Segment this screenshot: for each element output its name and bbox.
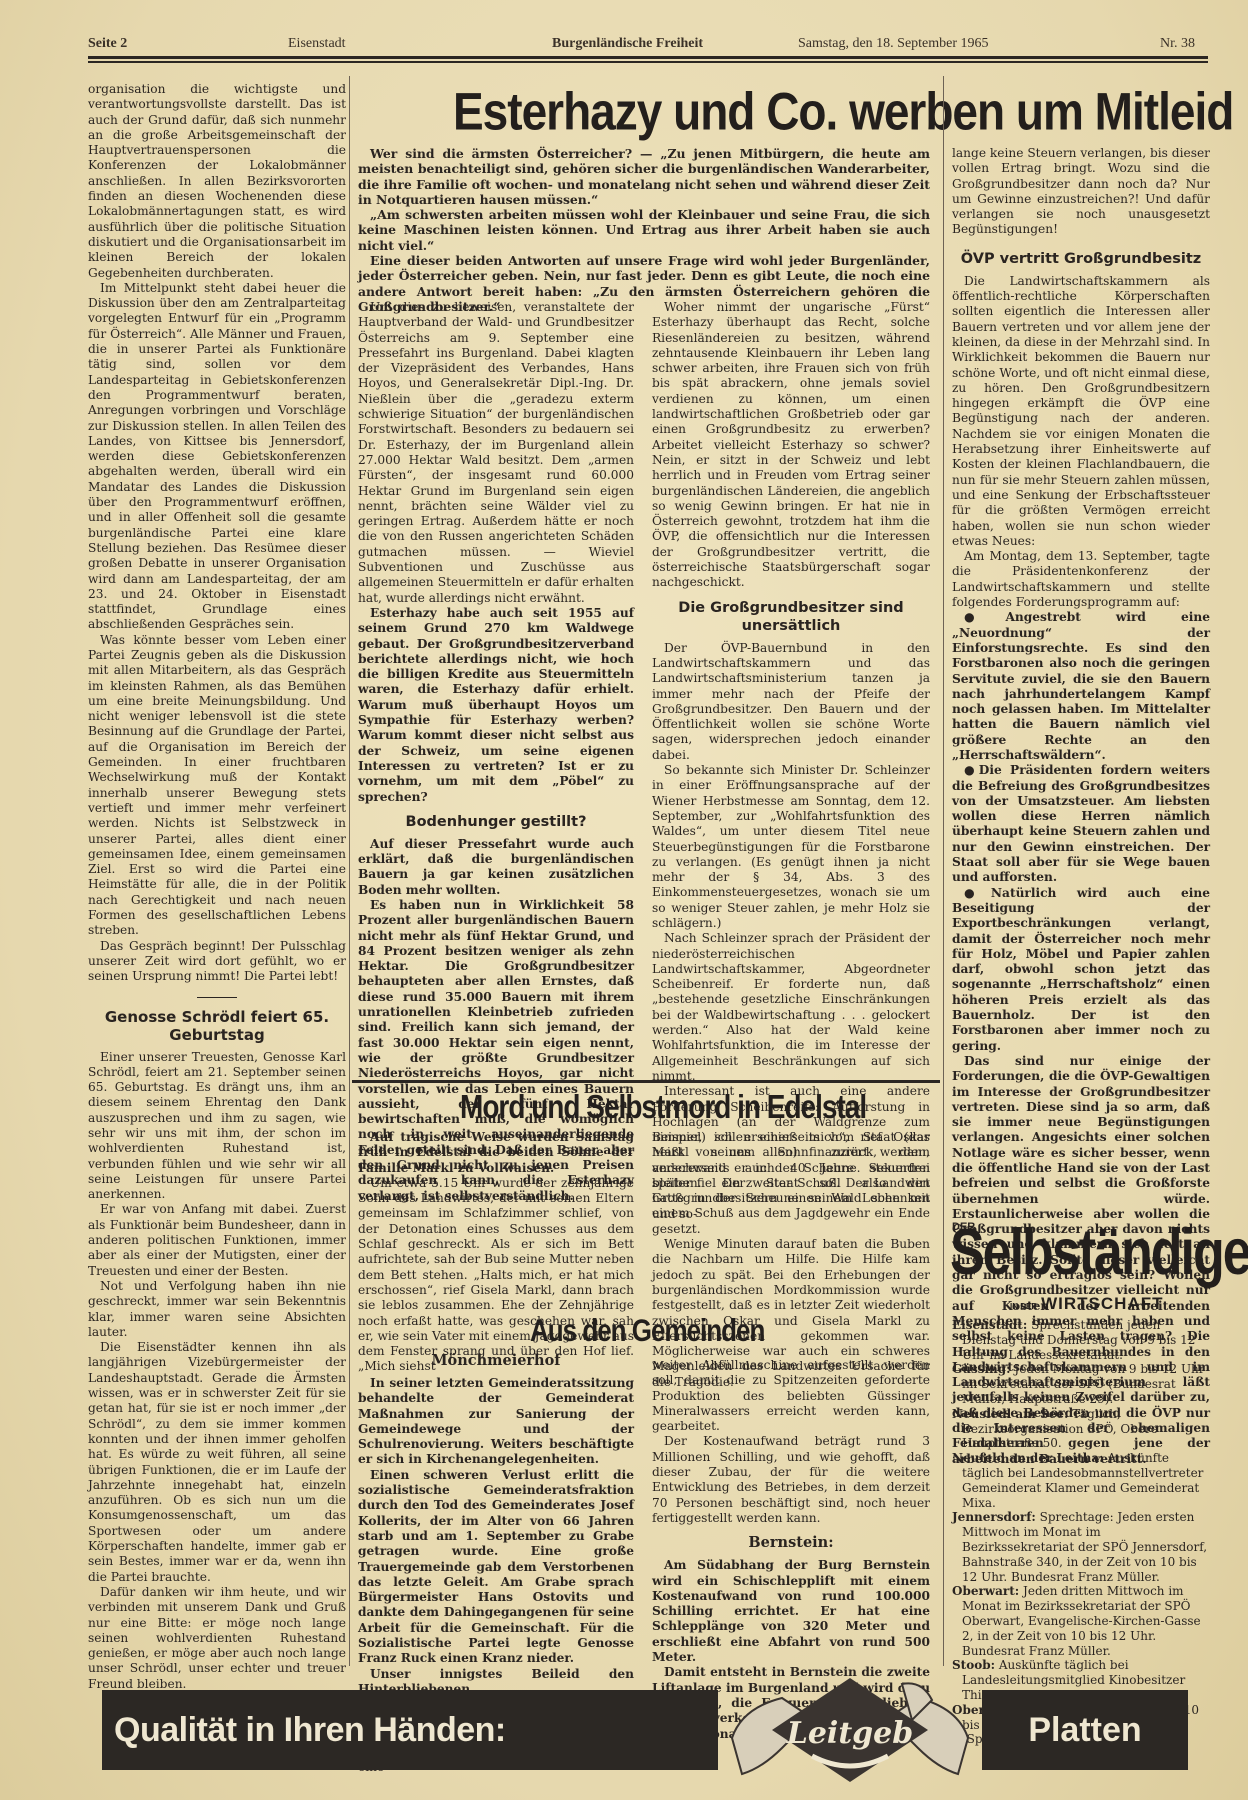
article-paragraph: lange keine Steuern verlangen, bis diese… xyxy=(952,146,1210,238)
office-place: Jennersdorf: xyxy=(952,1510,1036,1524)
moenchmeierhof-subhead: Mönchmeierhof xyxy=(358,1352,634,1370)
demand-bullet: Angestrebt wird eine „Neuordnung“ der Ei… xyxy=(952,610,1210,763)
bernstein-subhead: Bernstein: xyxy=(652,1534,930,1552)
brand-name: Leitgeb xyxy=(722,1716,978,1751)
logo-subtitle-main: WIRTSCHAFT xyxy=(1041,1294,1163,1313)
article-paragraph: Esterhazy habe auch seit 1955 auf seinem… xyxy=(358,606,634,805)
place: Eisenstadt xyxy=(288,36,346,52)
lead-paragraph: Wer sind die ärmsten Österreicher? — „Zu… xyxy=(358,146,930,207)
article-paragraph: Am Südabhang der Burg Bernstein wird ein… xyxy=(652,1558,930,1665)
schroedl-paragraph: Er war von Anfang mit dabei. Zuerst als … xyxy=(88,1202,346,1278)
article-paragraph: Der ÖVP-Bauernbund in den Landwirtschaft… xyxy=(652,641,930,763)
selbstaendige-list: Eisenstadt: Sprechstunden jeden Dienstag… xyxy=(952,1318,1210,1747)
article-paragraph: weiter Abfüllmaschine aufgestellt werden… xyxy=(652,1358,930,1434)
office-entry: Güssing: Jeden Montag von 9 bis 12 Uhr i… xyxy=(952,1362,1210,1406)
leitgeb-logo: Leitgeb xyxy=(722,1678,978,1782)
office-entry: Neufeld an der Leitha: Auskünfte täglich… xyxy=(952,1451,1210,1510)
office-place: Neufeld an der Leitha: xyxy=(952,1451,1104,1465)
office-entry: Jennersdorf: Sprechtage: Jeden ersten Mi… xyxy=(952,1510,1210,1584)
page-header: Seite 2 Eisenstadt Burgenländische Freih… xyxy=(88,36,1208,58)
mord-headline: Mord und Selbstmord in Edelstal xyxy=(460,1088,866,1126)
esterhazy-column-1: Um dies zu beweisen, veranstaltete der H… xyxy=(358,300,634,1204)
left-paragraph: organisation die wichtigste und verantwo… xyxy=(88,82,346,281)
separator xyxy=(197,997,237,998)
esterhazy-headline: Esterhazy und Co. werben um Mitleid xyxy=(453,80,1233,142)
article-paragraph: nimmer, ich erschieß mich“, rief Oskar M… xyxy=(652,1130,930,1237)
unsaettlich-subhead: Die Großgrundbesitzer sind unersättlich xyxy=(652,599,930,635)
office-place: Oberwart: xyxy=(952,1584,1019,1598)
article-paragraph: Die Landwirtschaftskammern als öffentlic… xyxy=(952,274,1210,549)
section-rule xyxy=(352,1080,940,1083)
article-paragraph: Um dies zu beweisen, veranstaltete der H… xyxy=(358,300,634,606)
article-paragraph: Woher nimmt der ungarische „Fürst“ Ester… xyxy=(652,300,930,591)
issue-date: Samstag, den 18. September 1965 xyxy=(798,36,989,52)
article-paragraph: Einen schweren Verlust erlitt die sozial… xyxy=(358,1468,634,1667)
logo-title: Selbständige xyxy=(950,1215,1248,1290)
column-divider xyxy=(349,76,350,1666)
mord-column-2: nimmer, ich erschieß mich“, rief Oskar M… xyxy=(652,1130,930,1390)
selbstaendige-logo: DER Selbständige IN DERWIRTSCHAFT xyxy=(950,1215,1248,1315)
lead-paragraph: „Am schwersten arbeiten müssen wohl der … xyxy=(358,207,930,253)
office-entry: Neusiedl am See: Täglich, Bezirksorganis… xyxy=(952,1407,1210,1451)
office-place: Güssing: xyxy=(952,1362,1011,1376)
demand-bullet: Die Präsidenten fordern weiters die Befr… xyxy=(952,763,1210,885)
header-rule-2 xyxy=(88,61,1208,63)
newspaper-page: Seite 2 Eisenstadt Burgenländische Freih… xyxy=(0,0,1248,1800)
bodenhunger-subhead: Bodenhunger gestillt? xyxy=(358,813,634,831)
ad-product: Platten xyxy=(982,1690,1188,1770)
logo-subtitle: IN DERWIRTSCHAFT xyxy=(1010,1294,1164,1314)
oevp-subhead: ÖVP vertritt Großgrundbesitz xyxy=(952,250,1210,268)
logo-subtitle-small: IN DER xyxy=(1010,1302,1037,1311)
left-paragraph: Im Mittelpunkt steht dabei heuer die Dis… xyxy=(88,281,346,633)
header-rule xyxy=(88,56,1208,59)
left-paragraph: Das Gespräch beginnt! Der Pulsschlag uns… xyxy=(88,939,346,985)
issue-number: Nr. 38 xyxy=(1160,36,1195,52)
leitgeb-advertisement: Qualität in Ihren Händen: Leitgeb Platte… xyxy=(102,1690,1182,1770)
article-paragraph: Auf dieser Pressefahrt wurde auch erklär… xyxy=(358,837,634,898)
article-paragraph: So bekannte sich Minister Dr. Schleinzer… xyxy=(652,763,930,931)
gemeinden-headline: Aus den Gemeinden xyxy=(530,1312,764,1349)
office-entry: Eisenstadt: Sprechstunden jeden Dienstag… xyxy=(952,1318,1210,1362)
office-place: Eisenstadt: xyxy=(952,1318,1027,1332)
schroedl-headline: Genosse Schrödl feiert 65. Geburtstag xyxy=(88,1008,346,1044)
esterhazy-column-2: Woher nimmt der ungarische „Fürst“ Ester… xyxy=(652,300,930,1222)
ad-slogan: Qualität in Ihren Händen: xyxy=(102,1690,718,1770)
office-place: Neusiedl am See: xyxy=(952,1407,1068,1421)
column-divider xyxy=(943,76,944,1666)
newspaper-name: Burgenländische Freiheit xyxy=(552,36,703,52)
article-paragraph: Nach Schleinzer sprach der Präsident der… xyxy=(652,931,930,1084)
article-paragraph: In seiner letzten Gemeinderatssitzung be… xyxy=(358,1376,634,1468)
office-entry: Oberwart: Jeden dritten Mittwoch im Mona… xyxy=(952,1584,1210,1658)
left-paragraph: Was könnte besser vom Leben einer Partei… xyxy=(88,633,346,939)
article-paragraph: Der Kostenaufwand beträgt rund 3 Million… xyxy=(652,1434,930,1526)
article-paragraph: Am Montag, dem 13. September, tagte die … xyxy=(952,549,1210,610)
esterhazy-lead: Wer sind die ärmsten Österreicher? — „Zu… xyxy=(358,146,930,314)
demand-bullet: Natürlich wird auch eine Beseitigung der… xyxy=(952,886,1210,1054)
schroedl-paragraph: Not und Verfolgung haben ihn nie geschre… xyxy=(88,1279,346,1340)
office-place: Stoob: xyxy=(952,1658,995,1672)
schroedl-paragraph: Dafür danken wir ihm heute, und wir verb… xyxy=(88,1585,346,1692)
schroedl-paragraph: Einer unserer Treuesten, Genosse Karl Sc… xyxy=(88,1050,346,1203)
schroedl-paragraph: Die Eisenstädter kennen ihn als langjähr… xyxy=(88,1340,346,1585)
mord-lead: Auf tragische Weise wurden Samstag früh … xyxy=(358,1130,634,1176)
left-column: organisation die wichtigste und verantwo… xyxy=(88,82,346,1692)
page-number: Seite 2 xyxy=(88,36,127,52)
